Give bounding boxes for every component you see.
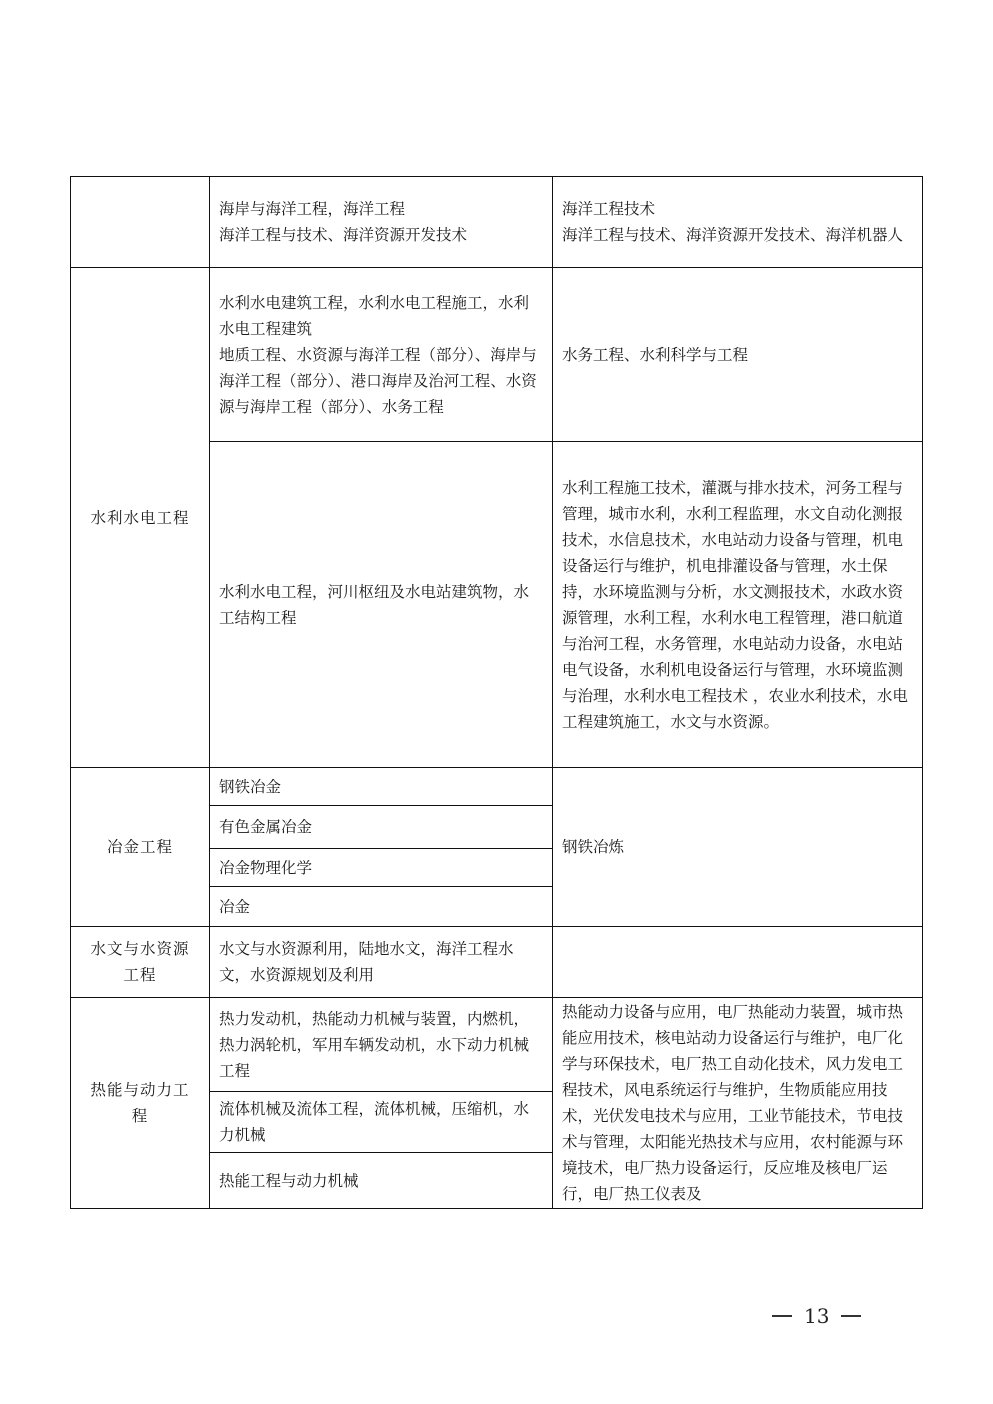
vocational-cell: 钢铁冶炼	[553, 768, 923, 927]
table-row: 海岸与海洋工程，海洋工程 海洋工程与技术、海洋资源开发技术 海洋工程技术 海洋工…	[71, 177, 923, 268]
vocational-cell	[553, 927, 923, 998]
undergrad-cell: 水利水电工程，河川枢纽及水电站建筑物，水工结构工程	[210, 442, 553, 768]
major-cell: 热能与动力工程	[71, 998, 210, 1209]
table-row: 热能与动力工程 热力发动机，热能动力机械与装置，内燃机，热力涡轮机，军用车辆发动…	[71, 998, 923, 1092]
table-row: 水利水电工程 水利水电建筑工程，水利水电工程施工，水利水电工程建筑 地质工程、水…	[71, 268, 923, 442]
dash-left	[772, 1315, 792, 1317]
vocational-line: 海洋工程技术	[562, 196, 913, 222]
major-cell: 水利水电工程	[71, 268, 210, 768]
undergrad-line: 地质工程、水资源与海洋工程（部分）、海岸与海洋工程（部分）、港口海岸及治河工程、…	[219, 342, 543, 420]
page-number-text: 13	[804, 1304, 829, 1328]
undergrad-cell: 热能工程与动力机械	[210, 1153, 553, 1209]
undergrad-cell: 冶金	[210, 887, 553, 927]
undergrad-cell: 热力发动机，热能动力机械与装置，内燃机，热力涡轮机，军用车辆发动机，水下动力机械…	[210, 998, 553, 1092]
undergrad-cell: 有色金属冶金	[210, 806, 553, 849]
major-mapping-table: 海岸与海洋工程，海洋工程 海洋工程与技术、海洋资源开发技术 海洋工程技术 海洋工…	[70, 176, 923, 1209]
table-row: 水文与水资源工程 水文与水资源利用，陆地水文，海洋工程水文，水资源规划及利用	[71, 927, 923, 998]
undergrad-cell: 冶金物理化学	[210, 849, 553, 887]
vocational-cell: 热能动力设备与应用，电厂热能动力装置，城市热能应用技术，核电站动力设备运行与维护…	[553, 998, 923, 1209]
major-cell	[71, 177, 210, 268]
dash-right	[841, 1315, 861, 1317]
vocational-cell: 水利工程施工技术，灌溉与排水技术，河务工程与管理，城市水利，水利工程监理，水文自…	[553, 442, 923, 768]
table-row: 冶金工程 钢铁冶金 钢铁冶炼	[71, 768, 923, 806]
major-cell: 水文与水资源工程	[71, 927, 210, 998]
vocational-line: 海洋工程与技术、海洋资源开发技术、海洋机器人	[562, 222, 913, 248]
undergrad-cell: 水利水电建筑工程，水利水电工程施工，水利水电工程建筑 地质工程、水资源与海洋工程…	[210, 268, 553, 442]
vocational-cell: 水务工程、水利科学与工程	[553, 268, 923, 442]
undergrad-cell: 流体机械及流体工程，流体机械，压缩机，水力机械	[210, 1092, 553, 1153]
undergrad-cell: 海岸与海洋工程，海洋工程 海洋工程与技术、海洋资源开发技术	[210, 177, 553, 268]
vocational-cell: 海洋工程技术 海洋工程与技术、海洋资源开发技术、海洋机器人	[553, 177, 923, 268]
page-number: 13	[772, 1304, 861, 1328]
undergrad-line: 海洋工程与技术、海洋资源开发技术	[219, 222, 543, 248]
undergrad-line: 水利水电建筑工程，水利水电工程施工，水利水电工程建筑	[219, 290, 543, 342]
undergrad-cell: 水文与水资源利用，陆地水文，海洋工程水文，水资源规划及利用	[210, 927, 553, 998]
undergrad-line: 水利水电工程，河川枢纽及水电站建筑物，水工结构工程	[219, 579, 543, 631]
undergrad-cell: 钢铁冶金	[210, 768, 553, 806]
major-cell: 冶金工程	[71, 768, 210, 927]
undergrad-line: 海岸与海洋工程，海洋工程	[219, 196, 543, 222]
